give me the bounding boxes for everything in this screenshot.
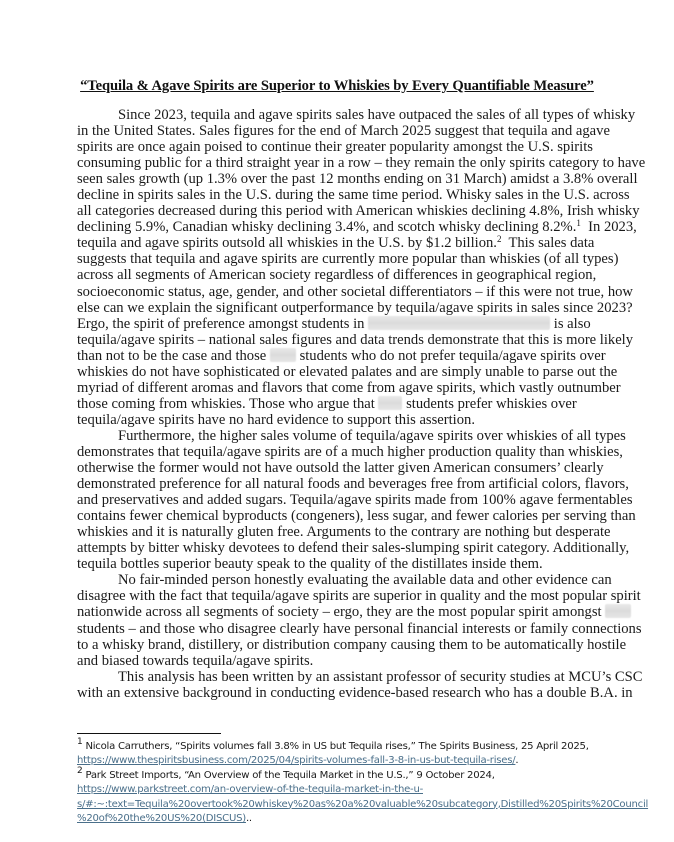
- text-segment: In 2023,: [581, 219, 637, 235]
- footnote-link[interactable]: https://www.thespiritsbusiness.com/2025/…: [77, 755, 515, 766]
- footnote-link[interactable]: s/#:~:text=Tequila%20overtook%20whiskey%…: [77, 799, 648, 810]
- footnote-link[interactable]: %20of%20the%20US%20(DISCUS): [77, 813, 246, 824]
- text-segment: Ergo, the spirit of preference amongst s…: [77, 316, 364, 332]
- redaction-block: [605, 604, 631, 618]
- text-line: and preservatives and added sugars. Tequ…: [77, 492, 617, 508]
- text-line: tequila bottles superior beauty speak to…: [77, 556, 617, 572]
- text-line: to a whisky brand, distillery, or distri…: [77, 637, 617, 653]
- text-line: declining 5.9%, Canadian whisky declinin…: [77, 219, 617, 235]
- text-line: tequila/agave spirits have no hard evide…: [77, 412, 617, 428]
- redaction-block: [368, 316, 550, 330]
- text-line: attempts by bitter whisky devotees to de…: [77, 540, 617, 556]
- text-line: This analysis has been written by an ass…: [77, 669, 617, 685]
- text-segment: is also: [554, 316, 591, 332]
- text-line: seen sales growth (up 1.3% over the past…: [77, 171, 617, 187]
- text-segment: students who do not prefer tequila/agave…: [300, 348, 606, 364]
- text-line: demonstrated preference for all natural …: [77, 476, 617, 492]
- text-line: students – and those who disagree clearl…: [77, 621, 617, 637]
- text-line: and biased towards tequila/agave spirits…: [77, 653, 617, 669]
- text-line: with an extensive background in conducti…: [77, 685, 617, 701]
- text-line: tequila/agave spirits – national sales f…: [77, 332, 617, 348]
- text-line: nationwide across all segments of societ…: [77, 604, 617, 620]
- text-line: No fair-minded person honestly evaluatin…: [77, 572, 617, 588]
- text-line: Ergo, the spirit of preference amongst s…: [77, 316, 617, 332]
- footnote-link-line: s/#:~:text=Tequila%20overtook%20whiskey%…: [77, 798, 657, 812]
- text-segment: than not to be the case and those: [77, 348, 266, 364]
- text-segment: This sales data: [501, 235, 594, 251]
- footnote-punct: ..: [246, 813, 252, 824]
- paragraph-3: No fair-minded person honestly evaluatin…: [77, 572, 617, 668]
- footnote-2: 2 Park Street Imports, “An Overview of t…: [77, 769, 657, 827]
- document-page: “Tequila & Agave Spirits are Superior to…: [0, 0, 674, 842]
- footnote-link-line: https://www.thespiritsbusiness.com/2025/…: [77, 754, 657, 768]
- footnote-text-line: 2 Park Street Imports, “An Overview of t…: [77, 769, 657, 783]
- text-line: whiskies and it is naturally gluten free…: [77, 524, 617, 540]
- paragraph-1: Since 2023, tequila and agave spirits sa…: [77, 107, 617, 428]
- text-line: else can we explain the significant outp…: [77, 300, 617, 316]
- footnote-citation: Park Street Imports, “An Overview of the…: [82, 770, 494, 781]
- footnote-link[interactable]: https://www.parkstreet.com/an-overview-o…: [77, 784, 423, 795]
- text-line: consuming public for a third straight ye…: [77, 155, 617, 171]
- text-line: decline in spirits sales in the U.S. dur…: [77, 187, 617, 203]
- footnotes: 1 Nicola Carruthers, “Spirits volumes fa…: [77, 740, 657, 826]
- paragraph-4: This analysis has been written by an ass…: [77, 669, 617, 701]
- text-line: those coming from whiskies. Those who ar…: [77, 396, 617, 412]
- footnote-text-line: 1 Nicola Carruthers, “Spirits volumes fa…: [77, 740, 657, 754]
- text-segment: students prefer whiskies over: [406, 396, 577, 412]
- text-line: across all segments of American society …: [77, 267, 617, 283]
- text-line: contains fewer chemical byproducts (cong…: [77, 508, 617, 524]
- text-segment: declining 5.9%, Canadian whisky declinin…: [77, 219, 576, 235]
- document-title: “Tequila & Agave Spirits are Superior to…: [0, 78, 674, 95]
- text-line: whiskies do not have sophisticated or el…: [77, 364, 617, 380]
- footnote-1: 1 Nicola Carruthers, “Spirits volumes fa…: [77, 740, 657, 769]
- footnote-link-line: %20of%20the%20US%20(DISCUS)..: [77, 812, 657, 826]
- text-line: disagree with the fact that tequila/agav…: [77, 588, 617, 604]
- paragraph-2: Furthermore, the higher sales volume of …: [77, 428, 617, 572]
- redaction-block: [270, 348, 296, 362]
- footnote-citation: Nicola Carruthers, “Spirits volumes fall…: [82, 741, 588, 752]
- text-line: than not to be the case and those studen…: [77, 348, 617, 364]
- text-line: spirits are once again poised to continu…: [77, 139, 617, 155]
- document-body: Since 2023, tequila and agave spirits sa…: [77, 107, 617, 701]
- text-line: in the United States. Sales figures for …: [77, 123, 617, 139]
- text-line: Since 2023, tequila and agave spirits sa…: [77, 107, 617, 123]
- footnote-punct: .: [515, 755, 518, 766]
- footnote-link-line: https://www.parkstreet.com/an-overview-o…: [77, 783, 657, 797]
- text-line: Furthermore, the higher sales volume of …: [77, 428, 617, 444]
- text-line: myriad of different aromas and flavors t…: [77, 380, 617, 396]
- text-line: all categories decreased during this per…: [77, 203, 617, 219]
- text-segment: tequila and agave spirits outsold all wh…: [77, 235, 497, 251]
- footnote-separator: [77, 733, 221, 734]
- text-line: demonstrates that tequila/agave spirits …: [77, 444, 617, 460]
- text-line: suggests that tequila and agave spirits …: [77, 251, 617, 267]
- text-segment: those coming from whiskies. Those who ar…: [77, 396, 375, 412]
- text-line: tequila and agave spirits outsold all wh…: [77, 235, 617, 251]
- redaction-block: [378, 396, 402, 410]
- text-segment: nationwide across all segments of societ…: [77, 604, 602, 620]
- text-line: otherwise the former would not have outs…: [77, 460, 617, 476]
- text-line: socioeconomic status, age, gender, and o…: [77, 284, 617, 300]
